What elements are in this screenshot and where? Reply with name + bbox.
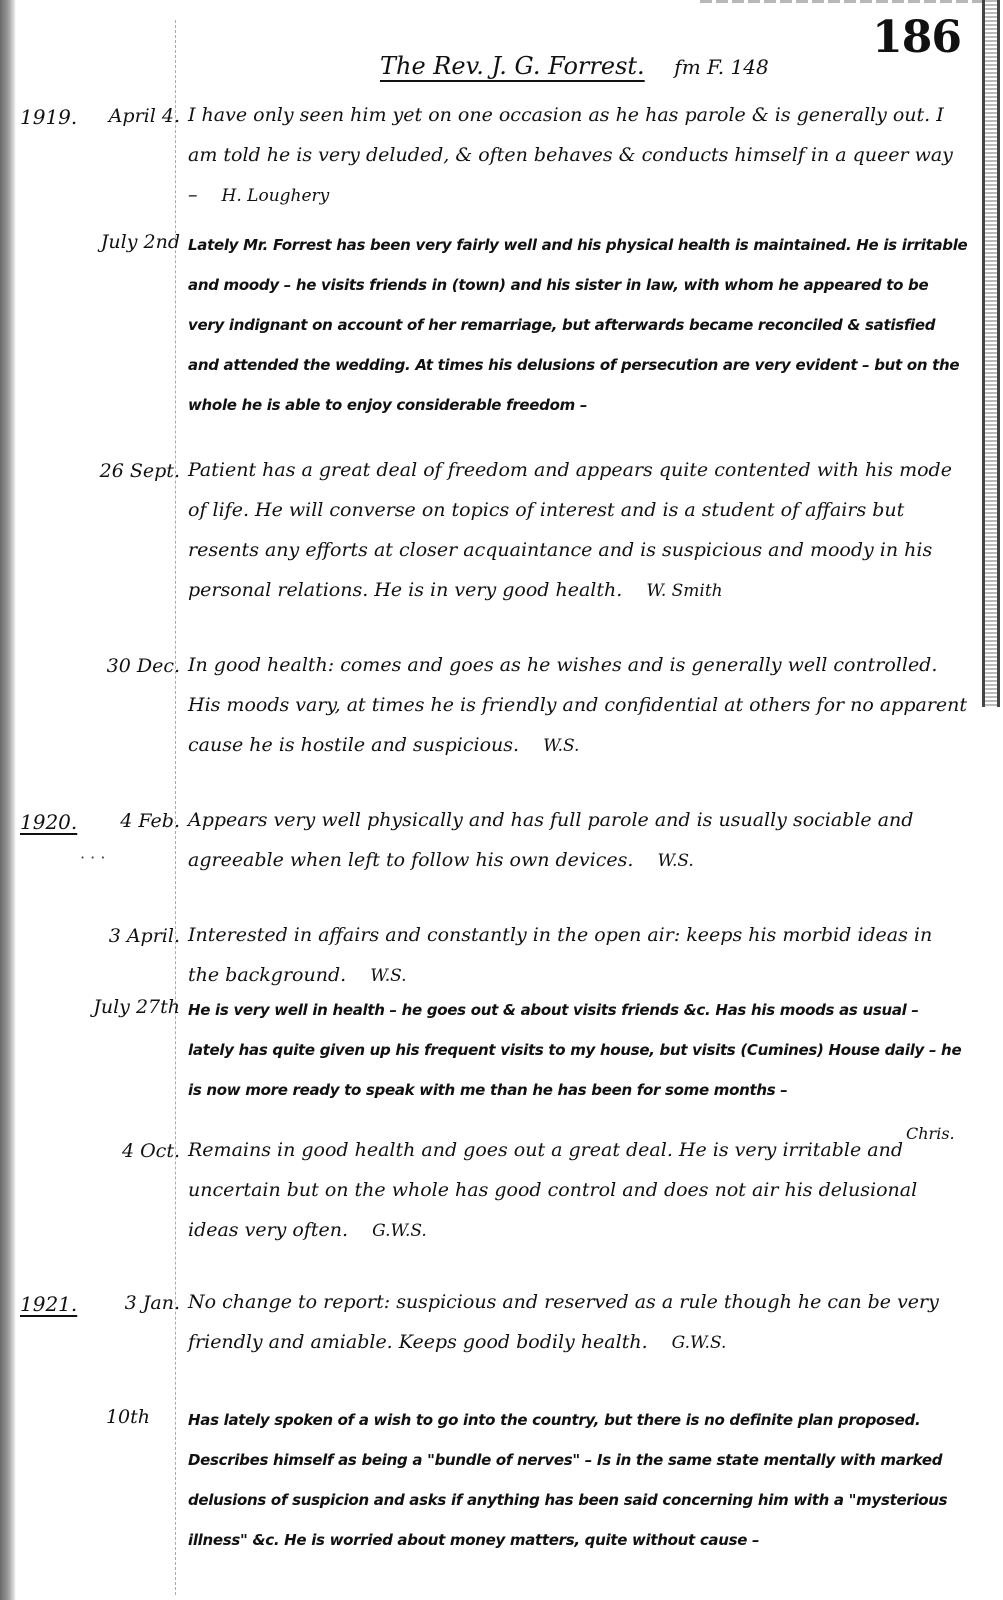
entry-date: April 4. [80, 105, 180, 127]
entry-body: Lately Mr. Forrest has been very fairly … [188, 236, 967, 414]
patient-name: The Rev. J. G. Forrest. [380, 52, 645, 80]
ditto-marks: · · · [80, 848, 105, 867]
entry-body: Appears very well physically and has ful… [188, 809, 913, 871]
page-header: The Rev. J. G. Forrest. fm F. 148 [380, 52, 769, 80]
margin-note: Chris. [906, 1124, 955, 1143]
entry-date: 4 Oct. [80, 1140, 180, 1162]
entry-body: Has lately spoken of a wish to go into t… [188, 1411, 947, 1549]
entry-year: 1921. [20, 1292, 77, 1316]
entry-signature: W.S. [543, 736, 579, 756]
book-spine-shadow [0, 0, 16, 1600]
entry-signature: H. Loughery [222, 186, 330, 206]
entry-text: Interested in affairs and constantly in … [188, 915, 968, 996]
entry-text: He is very well in health – he goes out … [188, 990, 968, 1110]
entry-year: 1920. [20, 810, 77, 834]
entry-signature: G.W.S. [372, 1221, 427, 1241]
entry-text: Remains in good health and goes out a gr… [188, 1130, 968, 1251]
entry-date: 10th [90, 1406, 150, 1428]
entry-body: Remains in good health and goes out a gr… [188, 1139, 917, 1241]
entry-text: In good health: comes and goes as he wis… [188, 645, 968, 766]
margin-rule [175, 20, 176, 1595]
entry-text: I have only seen him yet on one occasion… [188, 95, 968, 216]
entry-date: 4 Feb. [80, 810, 180, 832]
entry-text: Patient has a great deal of freedom and … [188, 450, 968, 611]
entry-body: No change to report: suspicious and rese… [188, 1291, 939, 1353]
entry-date: 3 April. [80, 925, 180, 947]
entry-date: July 2nd [80, 231, 180, 253]
entry-signature: W.S. [657, 851, 693, 871]
entry-body: Interested in affairs and constantly in … [188, 924, 932, 986]
entry-text: Has lately spoken of a wish to go into t… [188, 1400, 968, 1560]
entry-date: July 27th [80, 996, 180, 1018]
folio-reference: fm F. 148 [674, 55, 768, 79]
entry-year: 1919. [20, 105, 77, 129]
entry-date: 30 Dec. [80, 655, 180, 677]
entry-text: Lately Mr. Forrest has been very fairly … [188, 225, 968, 425]
entry-signature: W.S. [370, 966, 406, 986]
entry-date: 3 Jan. [80, 1292, 180, 1314]
page-number: 186 [872, 12, 961, 63]
entry-text: Appears very well physically and has ful… [188, 800, 968, 881]
entry-body: He is very well in health – he goes out … [188, 1001, 961, 1099]
entry-text: No change to report: suspicious and rese… [188, 1282, 968, 1363]
page-top-edge [700, 0, 990, 3]
right-double-rule [982, 0, 1000, 707]
entry-signature: G.W.S. [672, 1333, 727, 1353]
entry-date: 26 Sept. [80, 460, 180, 482]
entry-signature: W. Smith [646, 581, 722, 601]
entry-body: Patient has a great deal of freedom and … [188, 459, 952, 601]
